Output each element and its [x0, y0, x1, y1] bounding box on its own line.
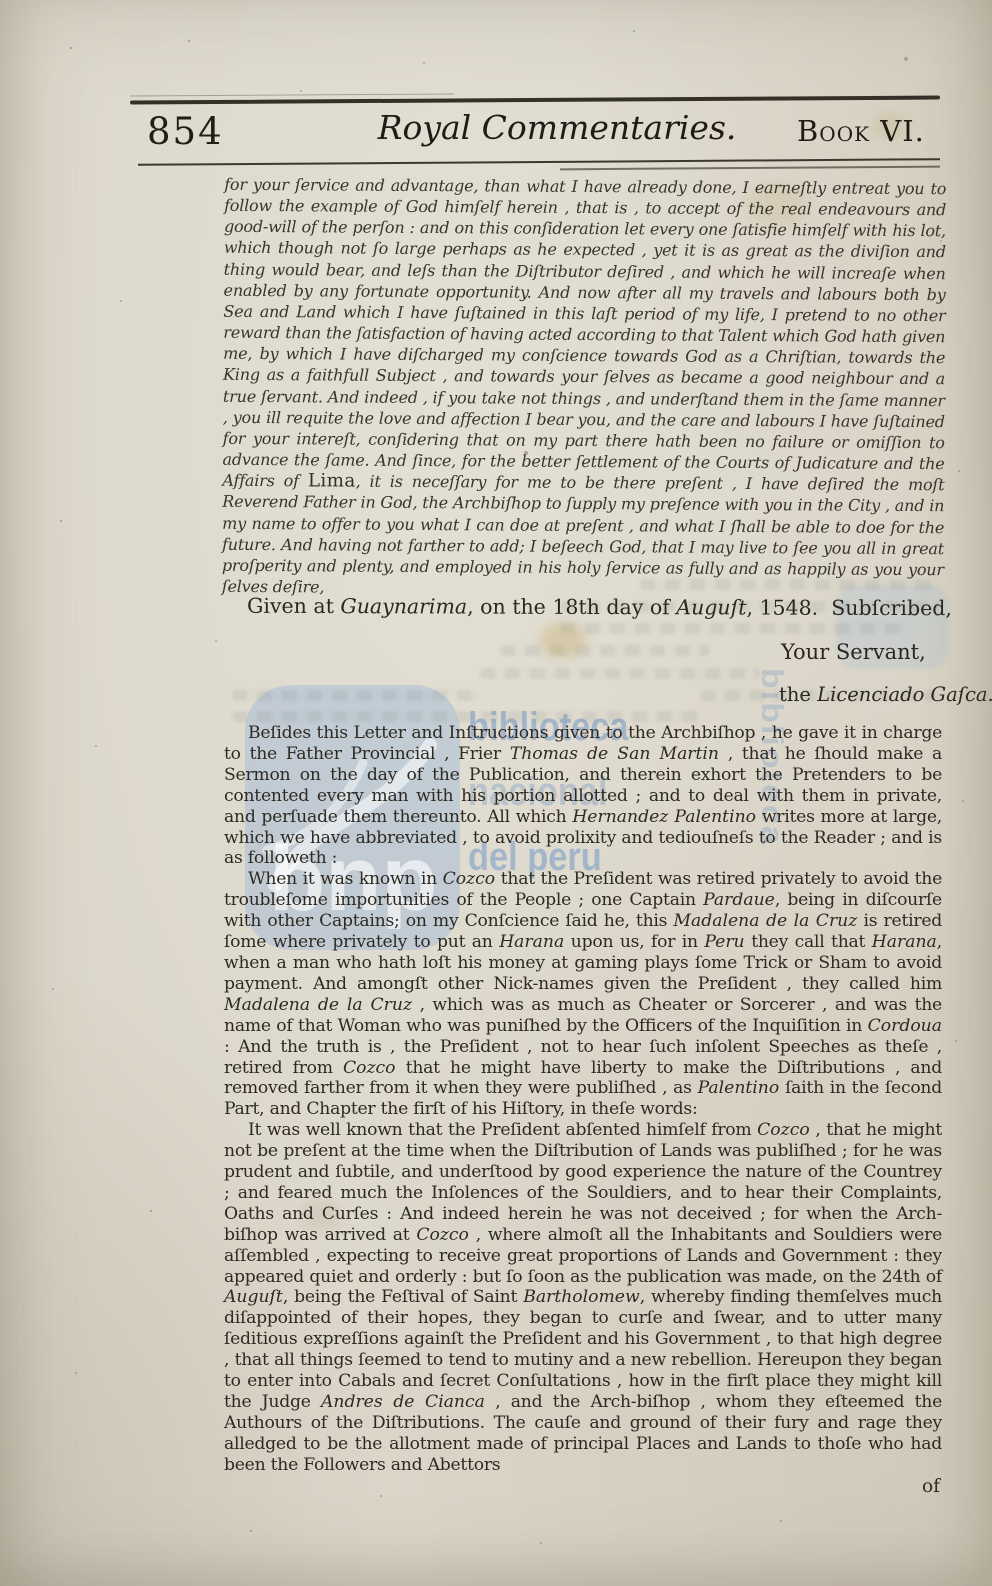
signature-servant: Your Servant,	[781, 640, 926, 664]
page-number: 854	[147, 110, 224, 153]
header-rule-bottom-double	[560, 166, 940, 170]
bleedthrough-line	[232, 711, 702, 722]
book-page-scan: bnp biblioteca nacional del peru bibliot…	[0, 0, 992, 1586]
dateline-prefix: Given at	[247, 594, 340, 618]
signature-name: Licenciado Gaſca.	[817, 683, 992, 706]
dateline-suffix: , 1548. Subſcribed,	[746, 596, 952, 621]
header-rule-bottom	[138, 158, 940, 166]
letter-body: for your ſervice and advantage, than wha…	[222, 174, 947, 602]
bleedthrough-line	[560, 623, 910, 634]
book-label: Book VI.	[797, 114, 925, 148]
dateline-month: Auguſt	[676, 595, 746, 619]
paper-specks	[0, 0, 2, 2]
dateline-place: Guaynarima	[340, 594, 467, 618]
paper-stain	[540, 622, 586, 658]
paragraph-besides: Beſides this Letter and Inſtructions giv…	[224, 723, 942, 869]
bleedthrough-line	[232, 690, 482, 701]
letter-dateline: Given at Guaynarima, on the 18th day of …	[247, 594, 952, 620]
catchword: of	[850, 1476, 940, 1497]
bleedthrough-line	[480, 668, 760, 679]
signature-gasca: the Licenciado Gaſca.	[779, 683, 992, 706]
body-text-column: Beſides this Letter and Inſtructions giv…	[224, 723, 942, 1476]
paragraph-when-known: When it was known in Cozco that the Preſ…	[224, 869, 942, 1120]
header-rule-top	[130, 96, 940, 104]
signature-the: the	[779, 683, 817, 706]
dateline-mid: , on the 18th day of	[467, 595, 676, 620]
paragraph-well-known: It was well known that the Preſident abſ…	[224, 1120, 942, 1475]
bleedthrough-line	[500, 645, 710, 656]
running-title: Royal Commentaries.	[377, 108, 737, 147]
